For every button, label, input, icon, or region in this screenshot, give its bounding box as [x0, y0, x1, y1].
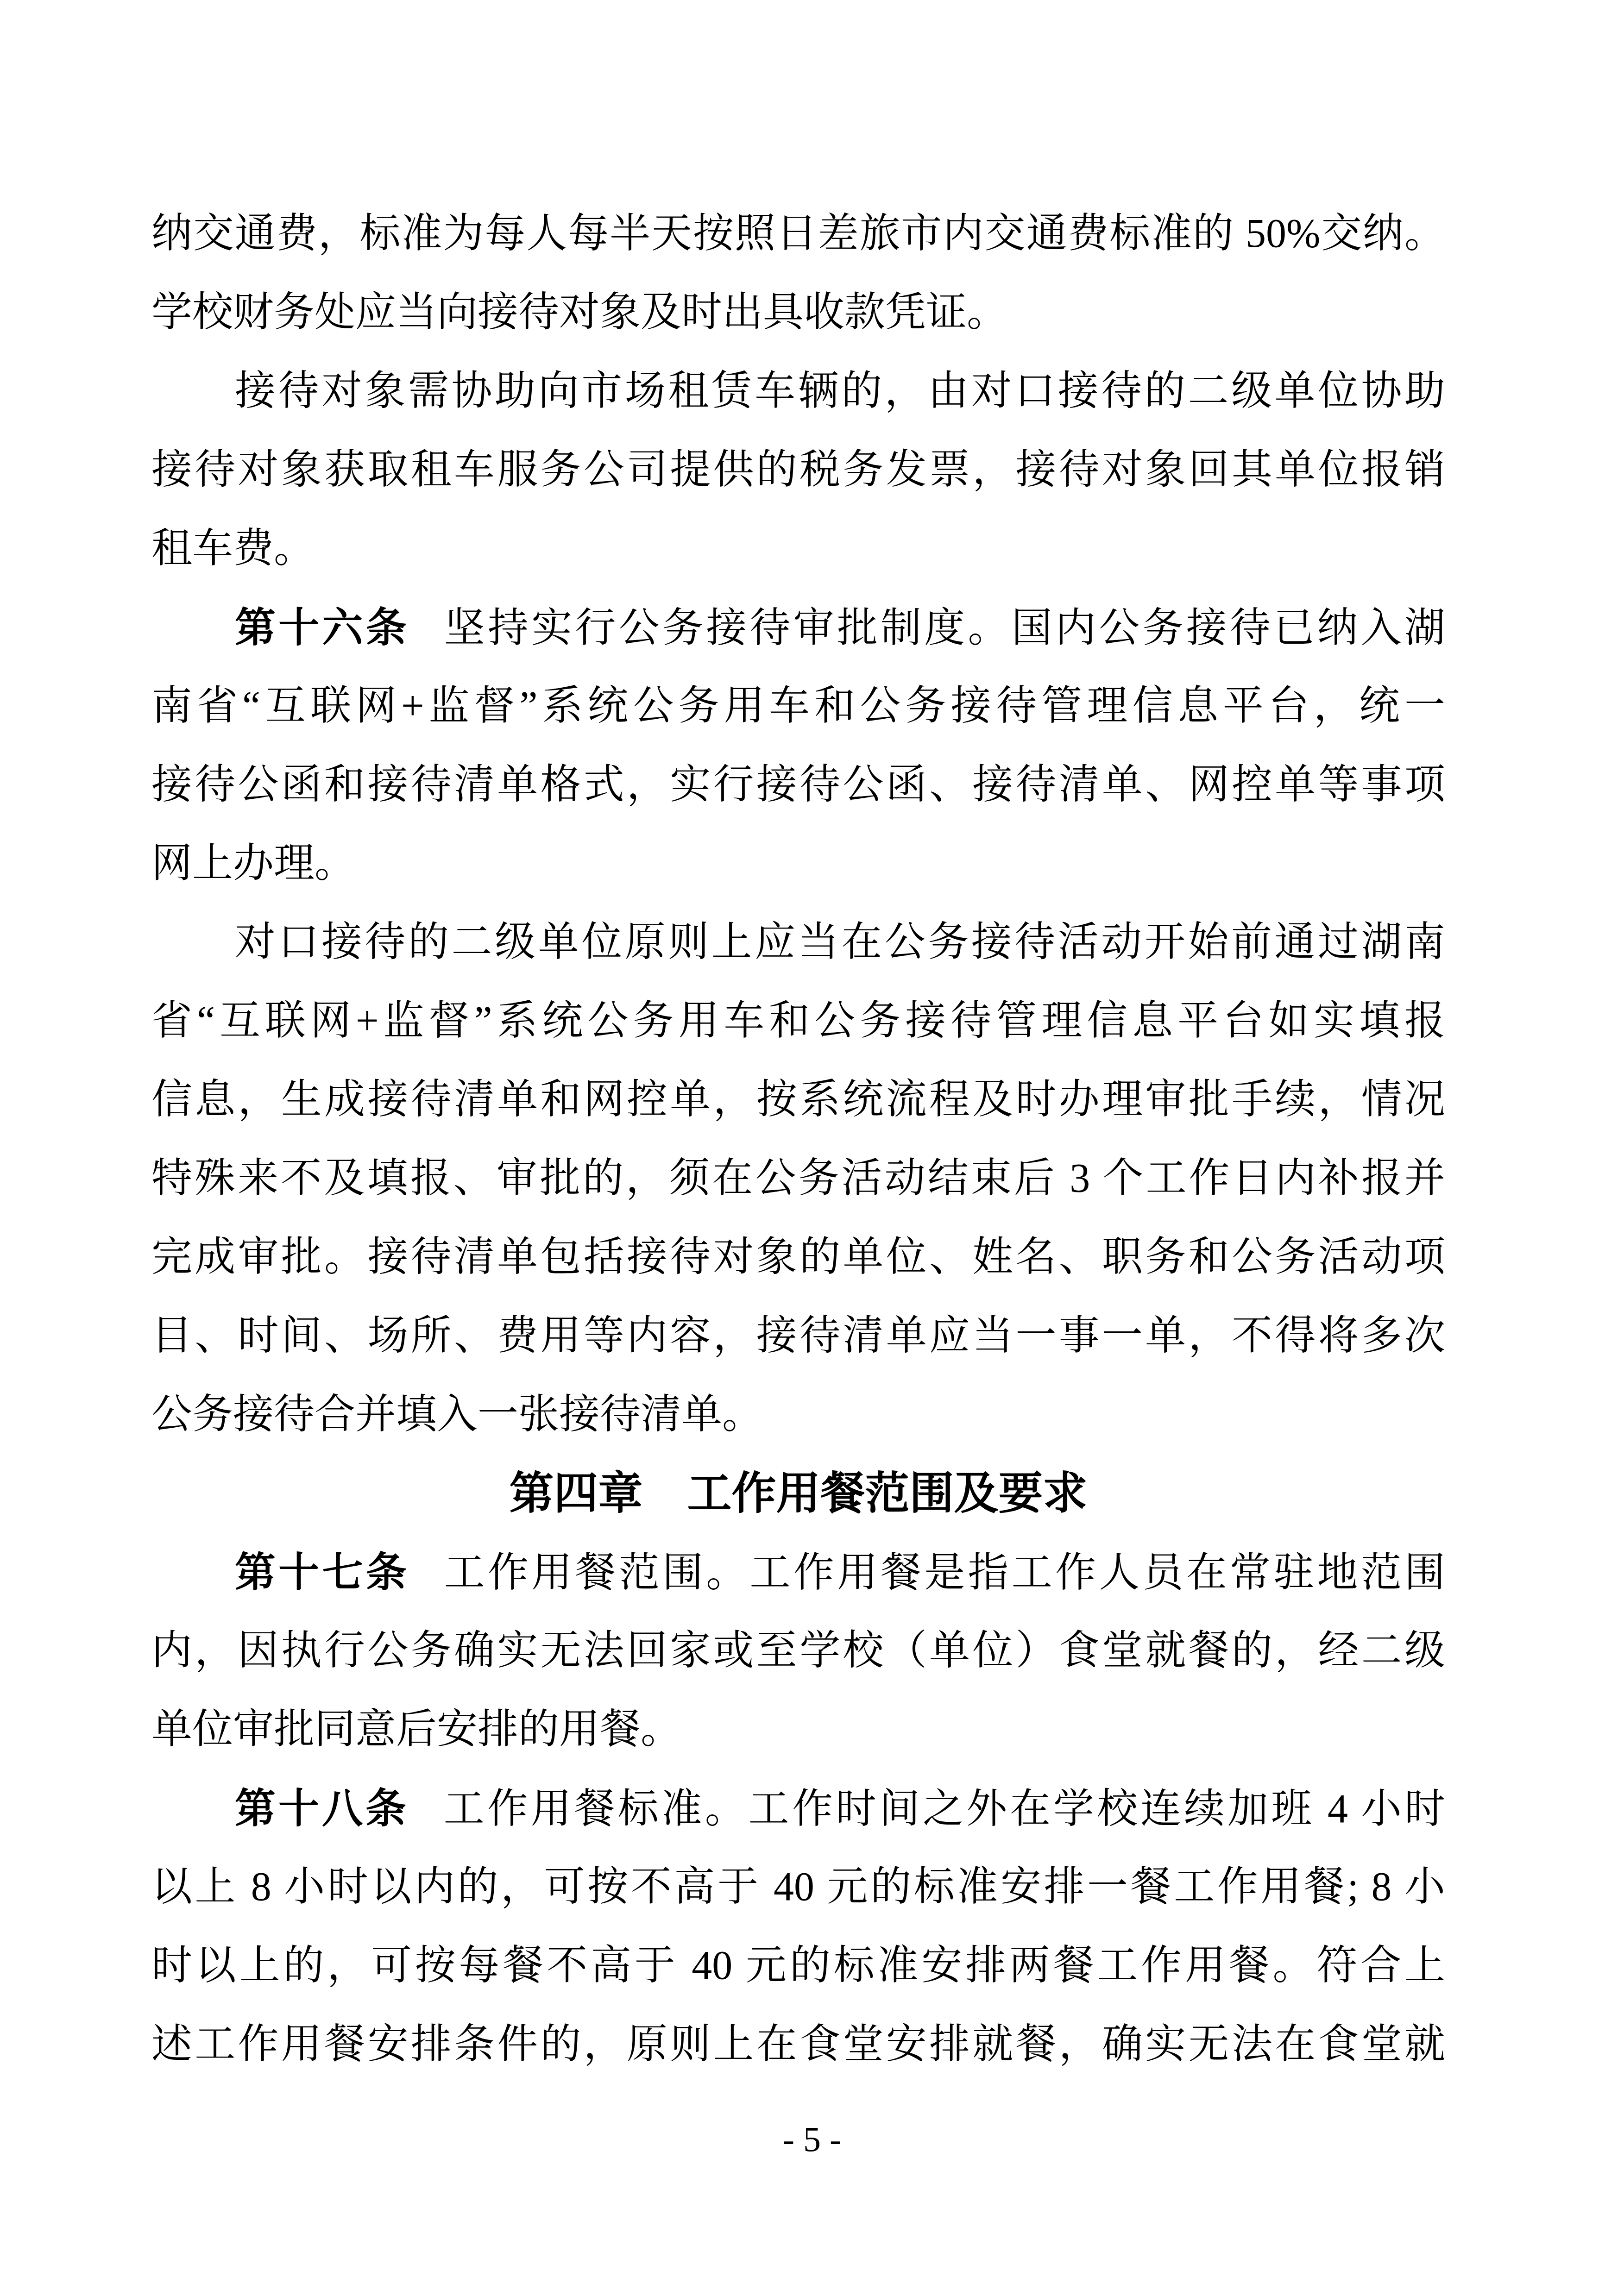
text-line: 第十七条工作用餐范围。工作用餐是指工作人员在常驻地范围	[151, 1533, 1445, 1612]
line-text: 接待对象获取租车服务公司提供的税务发票，接待对象回其单位报销	[151, 447, 1445, 492]
line-text: 内，因执行公务确实无法回家或至学校（单位）食堂就餐的，经二级	[151, 1628, 1445, 1673]
line-text: 完成审批。接待清单包括接待对象的单位、姓名、职务和公务活动项	[151, 1235, 1445, 1280]
line-text: 省“互联网+监督”系统公务用车和公务接待管理信息平台如实填报	[151, 998, 1445, 1043]
text-line: 第十八条工作用餐标准。工作时间之外在学校连续加班 4 小时	[151, 1769, 1445, 1848]
line-text: 租车费。	[151, 526, 315, 571]
line-text: 工作用餐范围。工作用餐是指工作人员在常驻地范围	[444, 1550, 1445, 1595]
line-text: 坚持实行公务接待审批制度。国内公务接待已纳入湖	[444, 606, 1445, 651]
text-line: 时以上的，可按每餐不高于 40 元的标准安排两餐工作用餐。符合上	[151, 1926, 1445, 2005]
line-text: 公务接待合并填入一张接待清单。	[151, 1392, 763, 1437]
text-line: 完成审批。接待清单包括接待对象的单位、姓名、职务和公务活动项	[151, 1218, 1445, 1297]
text-line: 南省“互联网+监督”系统公务用车和公务接待管理信息平台，统一	[151, 667, 1445, 746]
article-number-label: 第十六条	[235, 604, 409, 650]
text-line: 租车费。	[151, 509, 1445, 588]
document-page: 纳交通费，标准为每人每半天按照日差旅市内交通费标准的 50%交纳。学校财务处应当…	[0, 0, 1624, 2296]
article-number-label: 第十七条	[235, 1549, 409, 1595]
text-line: 接待对象需协助向市场租赁车辆的，由对口接待的二级单位协助	[151, 352, 1445, 431]
line-text: 述工作用餐安排条件的，原则上在食堂安排就餐，确实无法在食堂就	[151, 2022, 1445, 2067]
text-line: 述工作用餐安排条件的，原则上在食堂安排就餐，确实无法在食堂就	[151, 2005, 1445, 2084]
line-text: 时以上的，可按每餐不高于 40 元的标准安排两餐工作用餐。符合上	[151, 1943, 1445, 1988]
chapter-heading: 第四章 工作用餐范围及要求	[151, 1454, 1445, 1533]
line-text: 单位审批同意后安排的用餐。	[151, 1707, 681, 1752]
text-line: 接待对象获取租车服务公司提供的税务发票，接待对象回其单位报销	[151, 431, 1445, 509]
article-number-label: 第十八条	[235, 1785, 409, 1831]
line-text: 南省“互联网+监督”系统公务用车和公务接待管理信息平台，统一	[151, 684, 1445, 728]
page-number: - 5 -	[783, 2120, 842, 2159]
text-line: 省“互联网+监督”系统公务用车和公务接待管理信息平台如实填报	[151, 982, 1445, 1060]
chapter-heading-text: 第四章 工作用餐范围及要求	[510, 1468, 1088, 1518]
text-line: 单位审批同意后安排的用餐。	[151, 1690, 1445, 1769]
text-line: 第十六条坚持实行公务接待审批制度。国内公务接待已纳入湖	[151, 588, 1445, 667]
line-text: 以上 8 小时以内的，可按不高于 40 元的标准安排一餐工作用餐; 8 小	[151, 1864, 1445, 1909]
line-text: 纳交通费，标准为每人每半天按照日差旅市内交通费标准的 50%交纳。	[151, 211, 1445, 256]
text-line: 公务接待合并填入一张接待清单。	[151, 1375, 1445, 1454]
text-line: 信息，生成接待清单和网控单，按系统流程及时办理审批手续，情况	[151, 1060, 1445, 1139]
line-text: 学校财务处应当向接待对象及时出具收款凭证。	[151, 290, 1007, 335]
line-text: 工作用餐标准。工作时间之外在学校连续加班 4 小时	[444, 1787, 1445, 1832]
text-line: 目、时间、场所、费用等内容，接待清单应当一事一单，不得将多次	[151, 1297, 1445, 1375]
text-line: 内，因执行公务确实无法回家或至学校（单位）食堂就餐的，经二级	[151, 1612, 1445, 1690]
line-text: 信息，生成接待清单和网控单，按系统流程及时办理审批手续，情况	[151, 1077, 1445, 1122]
line-text: 特殊来不及填报、审批的，须在公务活动结束后 3 个工作日内补报并	[151, 1156, 1445, 1201]
page-footer: - 5 -	[0, 2116, 1624, 2163]
line-text: 接待公函和接待清单格式，实行接待公函、接待清单、网控单等事项	[151, 762, 1445, 807]
line-text: 接待对象需协助向市场租赁车辆的，由对口接待的二级单位协助	[235, 369, 1445, 414]
text-line: 接待公函和接待清单格式，实行接待公函、接待清单、网控单等事项	[151, 746, 1445, 824]
document-body: 纳交通费，标准为每人每半天按照日差旅市内交通费标准的 50%交纳。学校财务处应当…	[151, 194, 1445, 2084]
line-text: 网上办理。	[151, 841, 355, 886]
text-line: 学校财务处应当向接待对象及时出具收款凭证。	[151, 273, 1445, 352]
line-text: 对口接待的二级单位原则上应当在公务接待活动开始前通过湖南	[235, 920, 1445, 965]
text-line: 特殊来不及填报、审批的，须在公务活动结束后 3 个工作日内补报并	[151, 1139, 1445, 1218]
text-line: 对口接待的二级单位原则上应当在公务接待活动开始前通过湖南	[151, 903, 1445, 982]
text-line: 以上 8 小时以内的，可按不高于 40 元的标准安排一餐工作用餐; 8 小	[151, 1848, 1445, 1926]
line-text: 目、时间、场所、费用等内容，接待清单应当一事一单，不得将多次	[151, 1313, 1445, 1358]
text-line: 纳交通费，标准为每人每半天按照日差旅市内交通费标准的 50%交纳。	[151, 194, 1445, 273]
text-line: 网上办理。	[151, 824, 1445, 903]
